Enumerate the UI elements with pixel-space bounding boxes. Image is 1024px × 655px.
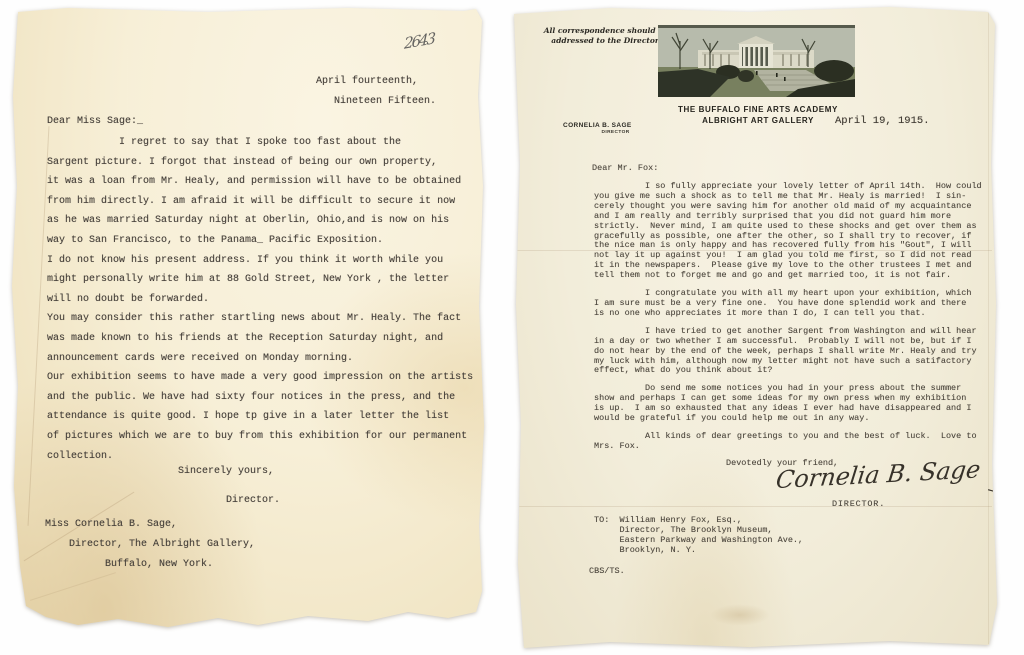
letter-body: I regret to say that I spoke too fast ab… — [47, 133, 473, 466]
letter-date: April 19, 1915. — [835, 115, 930, 127]
paper-stain — [710, 604, 770, 626]
signer-title: Director. — [226, 495, 280, 506]
letter-body: I so fully appreciate your lovely letter… — [594, 182, 982, 460]
paragraph: I so fully appreciate your lovely letter… — [594, 182, 982, 281]
director-name: CORNELIA B. SAGE — [563, 122, 632, 129]
right-letter-page-wrap: All correspondence should be addressed t… — [510, 4, 998, 652]
paragraph: All kinds of dear greetings to you and t… — [594, 432, 982, 452]
fold-line — [516, 506, 992, 507]
institution-name: THE BUFFALO FINE ARTS ACADEMY — [627, 104, 889, 115]
addressee-block: TO: William Henry Fox, Esq., Director, T… — [594, 516, 803, 556]
reference-initials: CBS/TS. — [589, 566, 625, 576]
salutation: Dear Miss Sage:_ — [47, 116, 143, 127]
director-title: DIRECTOR — [563, 130, 632, 135]
letter-date: April fourteenth, Nineteen Fifteen. — [316, 72, 436, 112]
paragraph: I have tried to get another Sargent from… — [594, 327, 982, 377]
paragraph: I congratulate you with all my heart upo… — [594, 289, 982, 319]
letterhead-director-block: CORNELIA B. SAGE DIRECTOR — [563, 122, 632, 135]
signer-title: DIRECTOR. — [832, 499, 885, 509]
complimentary-closing: Sincerely yours, — [178, 466, 274, 477]
paragraph: Do send me some notices you had in your … — [594, 384, 982, 424]
recipient-address-block: Miss Cornelia B. Sage, Director, The Alb… — [45, 515, 255, 575]
left-letter-page-wrap: 2643 April fourteenth, Nineteen Fifteen.… — [8, 6, 488, 642]
fold-line — [988, 12, 989, 644]
salutation: Dear Mr. Fox: — [592, 163, 658, 173]
right-letter-page: All correspondence should be addressed t… — [510, 4, 998, 652]
paper-crease — [30, 572, 116, 601]
handwritten-accession-number: 2643 — [404, 29, 434, 53]
letterhead-building-photo — [658, 25, 855, 97]
left-letter-page: 2643 April fourteenth, Nineteen Fifteen.… — [8, 6, 488, 642]
scanned-letters-view: 2643 April fourteenth, Nineteen Fifteen.… — [0, 0, 1024, 655]
